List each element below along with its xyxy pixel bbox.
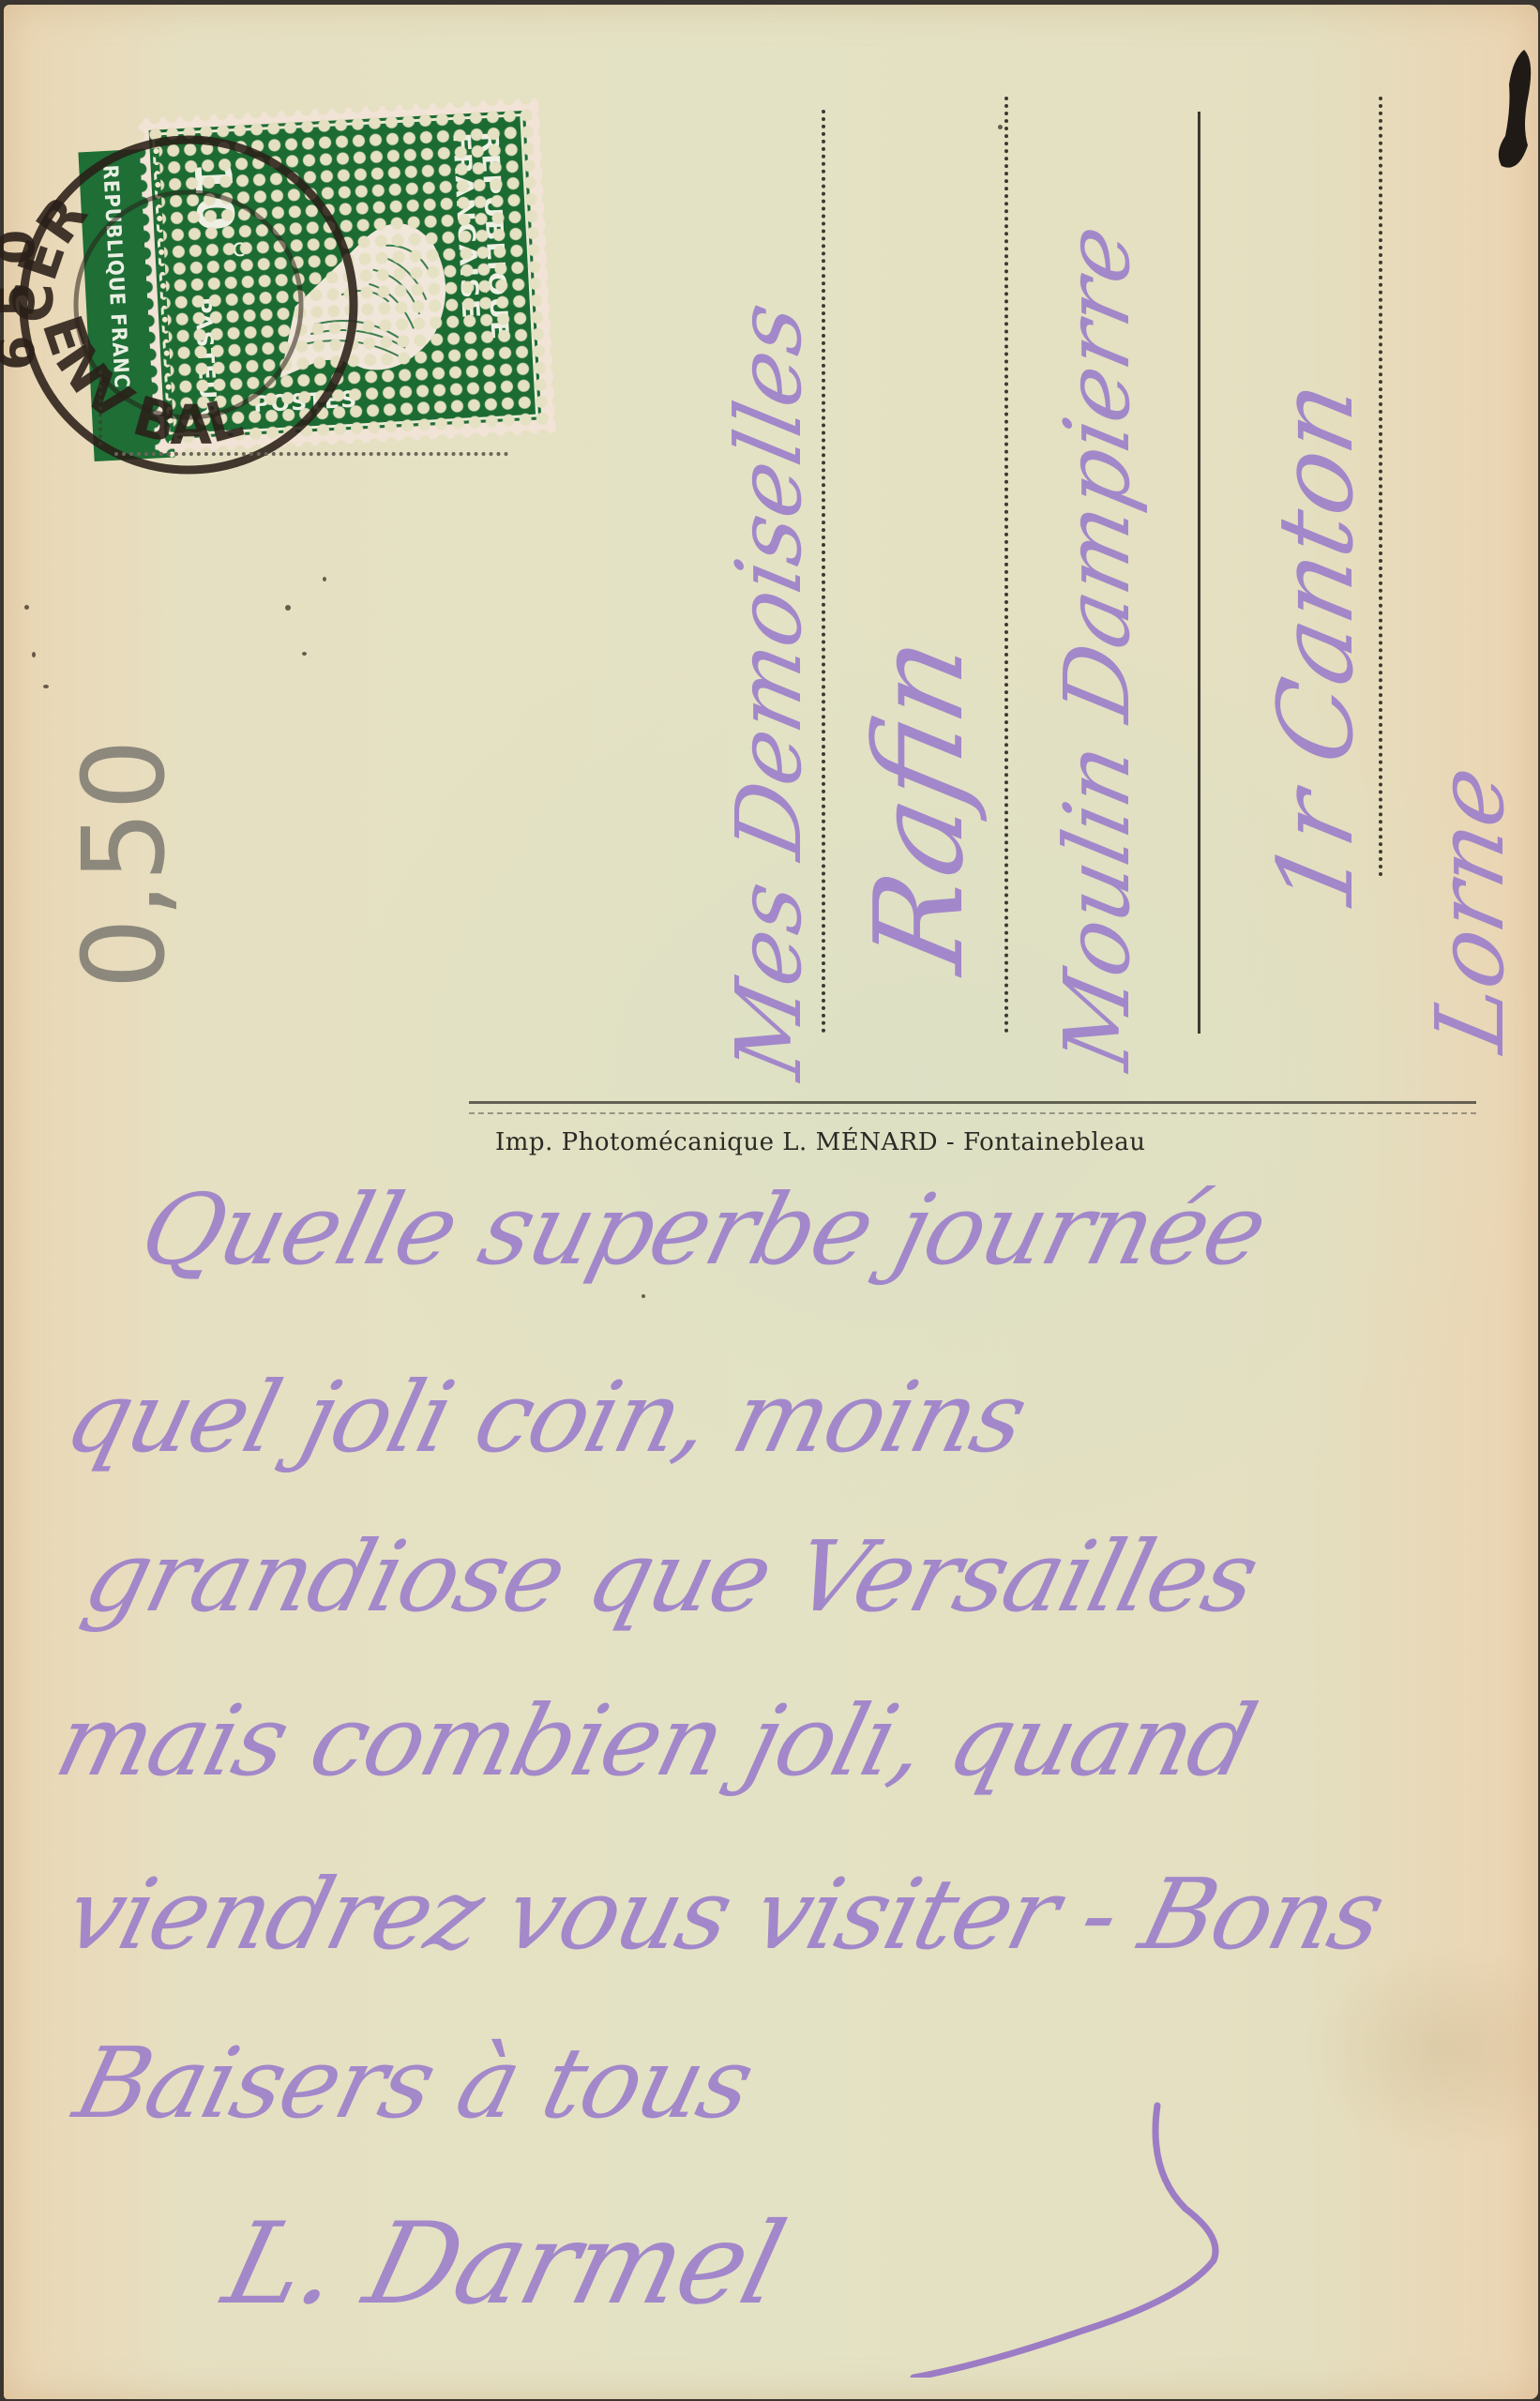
message-line: Baisers à tous	[65, 2026, 763, 2140]
stamp-stub-text: REPUBLIQUE FRANC	[98, 164, 132, 389]
printer-credit: Imp. Photomécanique L. MÉNARD - Fontaine…	[495, 1128, 1145, 1156]
stamp-value-unit: c	[232, 234, 247, 264]
stamp-box-left	[98, 370, 102, 445]
paper-speck	[32, 652, 36, 657]
postage-stamp: 10 c PASTEUR REPUBLIQUE FRANCAISE POSTES	[138, 98, 556, 454]
stamp-box-bottom	[114, 452, 508, 456]
postcard-back: REPUBLIQUE FRANC 10 c PASTEUR RE	[4, 5, 1538, 2399]
stamp-subject: PASTEUR	[189, 296, 222, 418]
stamp-frame: 10 c PASTEUR REPUBLIQUE FRANCAISE POSTES	[152, 113, 538, 436]
address-line-4	[1379, 97, 1382, 877]
signature-flourish	[773, 2096, 1261, 2378]
paper-speck	[998, 125, 1003, 129]
address-line: Lorne	[1415, 757, 1525, 1060]
signature: L. Darmel	[213, 2199, 795, 2330]
message-line: quel joli coin, moins	[55, 1360, 1036, 1474]
paper-speck	[642, 1294, 645, 1298]
address-line: Mes Demoiselles	[717, 294, 822, 1087]
pasteur-portrait-icon	[251, 176, 459, 393]
pencil-price: 0,50	[60, 739, 190, 989]
address-line: Moulin Dampierre	[1045, 217, 1150, 1078]
address-line: Rafin	[848, 625, 990, 982]
postmark-date: 6 5 0	[0, 230, 46, 370]
message-line: Quelle superbe journée	[130, 1172, 1276, 1287]
printer-rule-dashed	[469, 1112, 1476, 1114]
paper-speck	[302, 652, 307, 656]
address-line-1	[822, 110, 825, 1034]
stamp-value: 10	[182, 159, 245, 233]
message-line: grandiose que Versailles	[74, 1519, 1268, 1634]
message-line: mais combien joli, quand	[46, 1684, 1265, 1798]
address-line-2	[1004, 97, 1008, 1034]
paper-speck	[323, 577, 326, 581]
ink-blot	[1490, 42, 1537, 183]
address-line: 1r Canton	[1256, 371, 1376, 922]
address-line-3	[1198, 112, 1200, 1034]
paper-speck	[43, 685, 49, 688]
message-line: viendrez vous visiter - Bons	[55, 1857, 1395, 1971]
printer-rule	[469, 1101, 1476, 1104]
paper-speck	[24, 605, 29, 610]
paper-speck	[285, 605, 291, 611]
stamp-postes-label: POSTES	[252, 386, 358, 418]
